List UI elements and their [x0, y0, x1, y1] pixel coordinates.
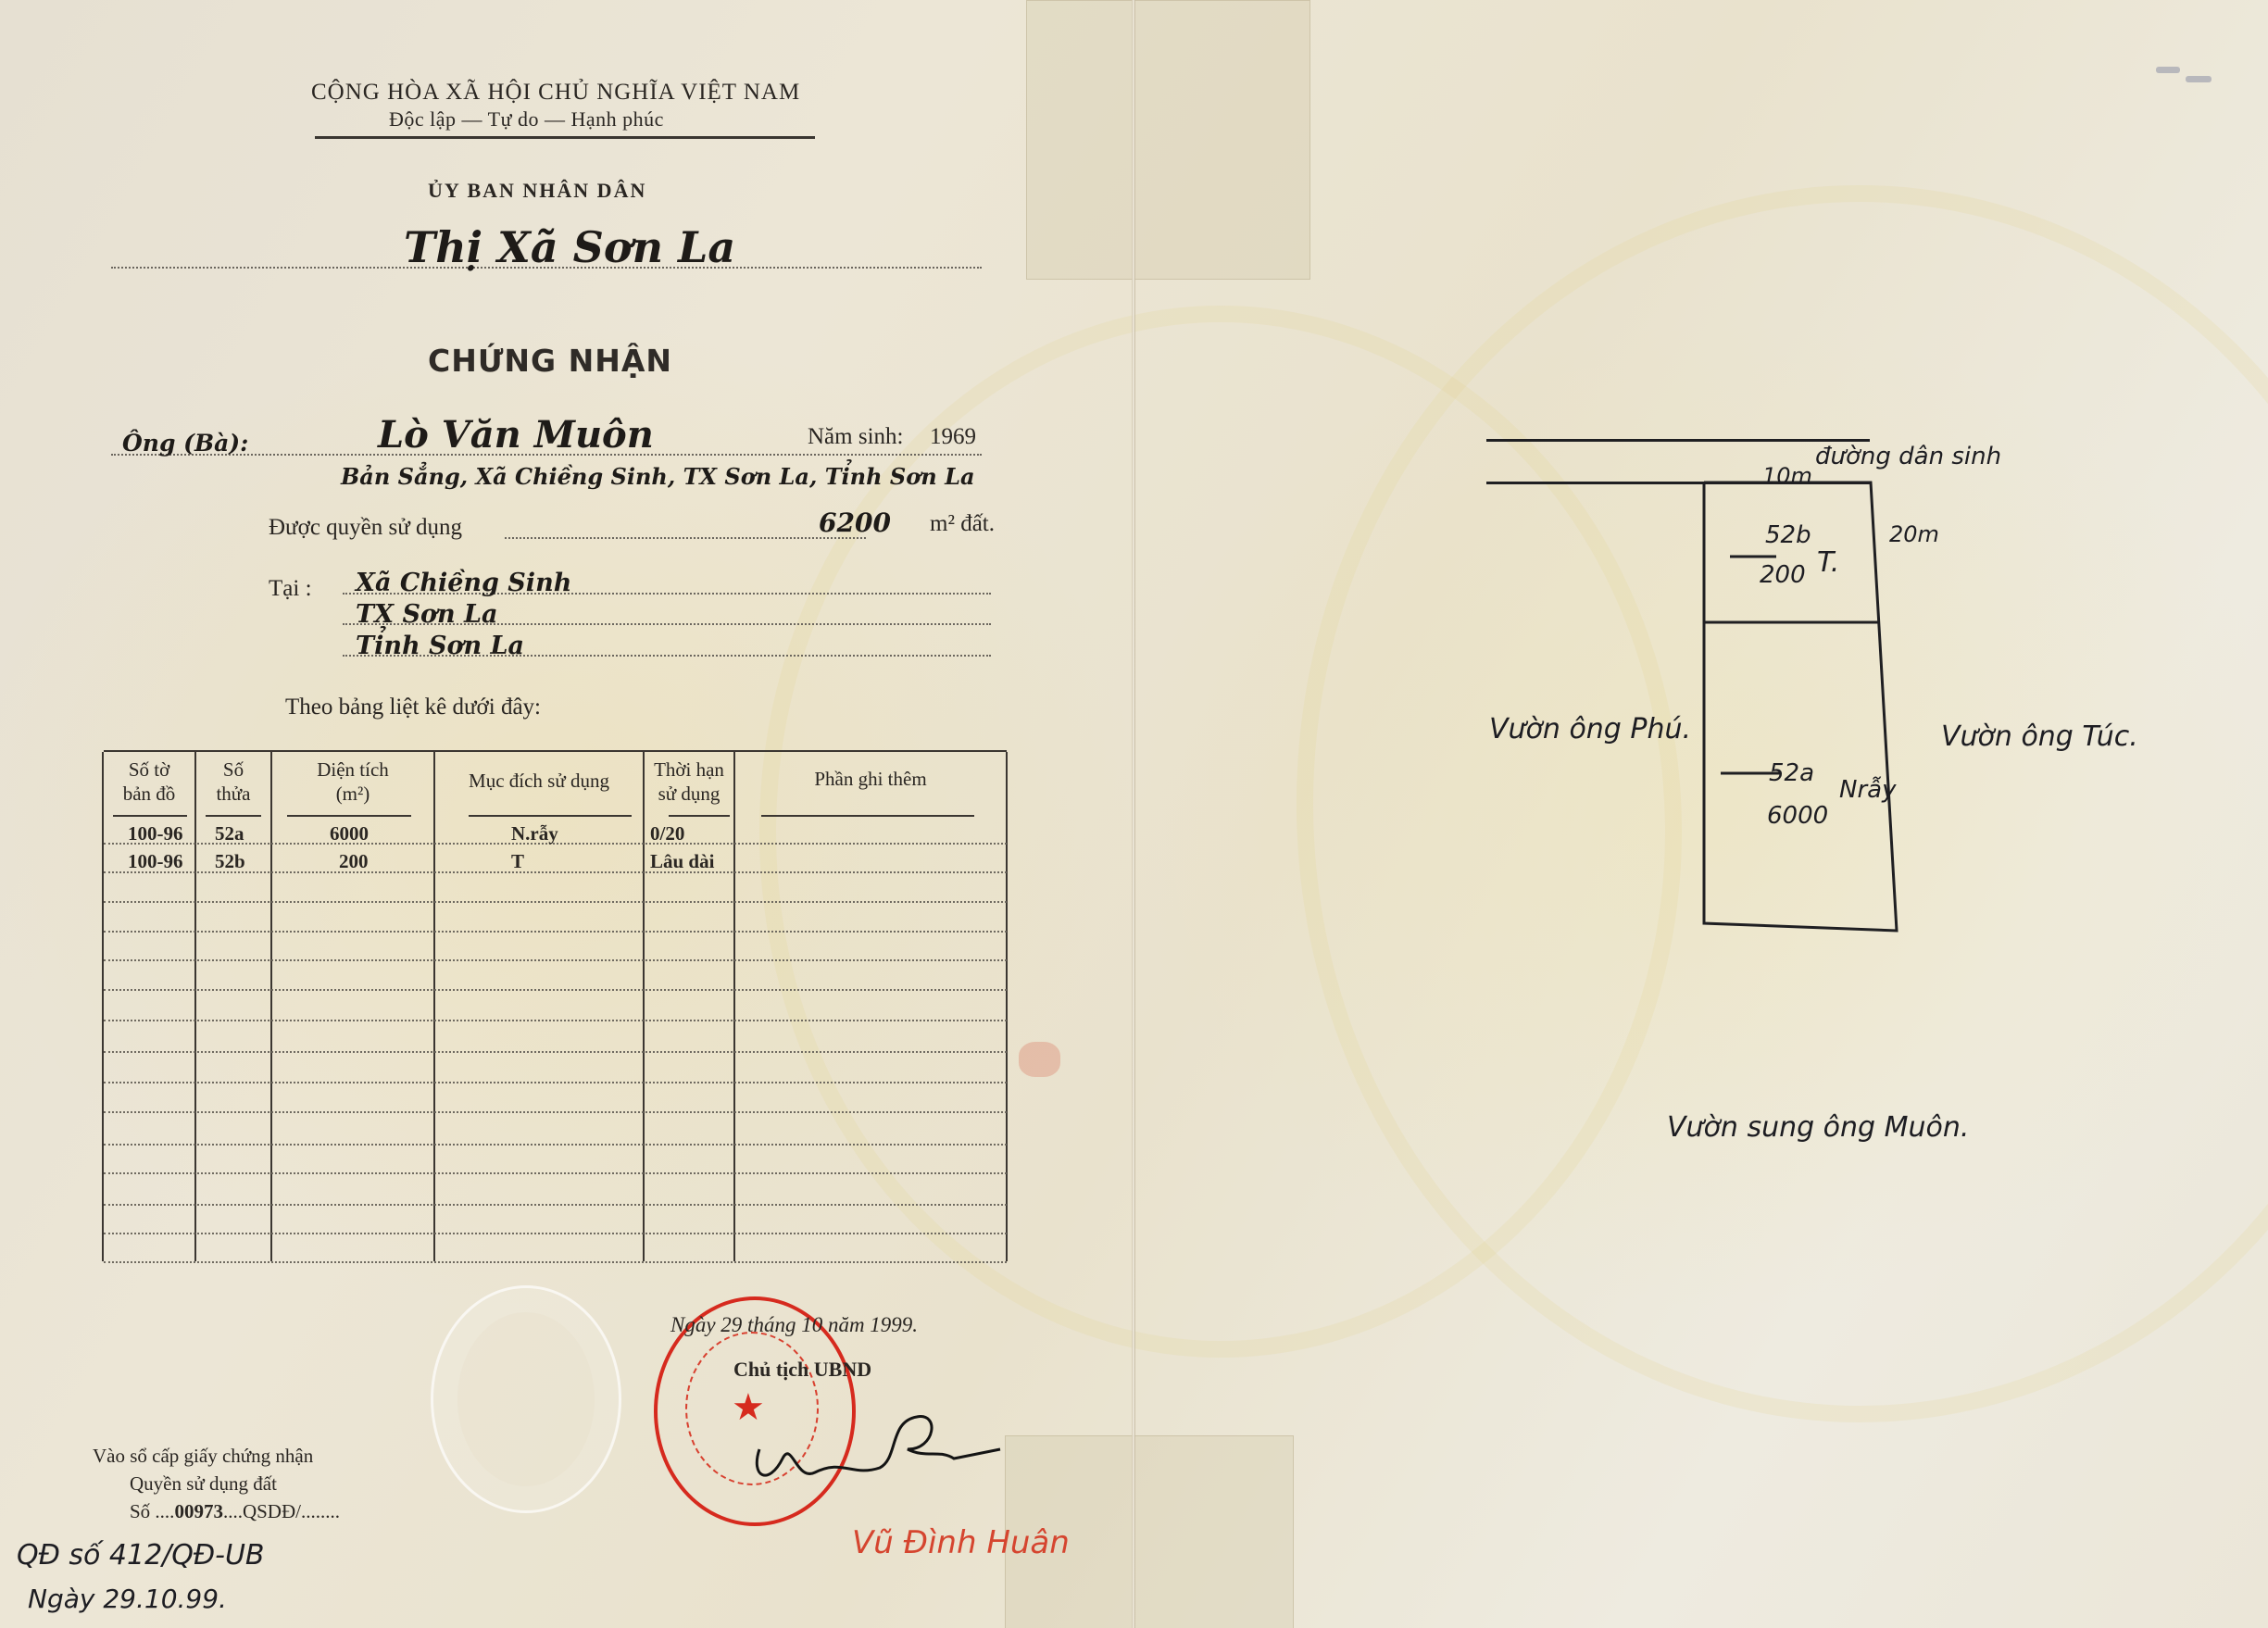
table-column-divider	[433, 752, 435, 1261]
table-column-divider	[733, 752, 735, 1261]
header-line: Số tờ	[104, 758, 194, 782]
signer-name: Vũ Đình Huân	[852, 1524, 1070, 1561]
table-row-line	[104, 1202, 1007, 1206]
registry-line-1: Vào sổ cấp giấy chứng nhận	[93, 1445, 313, 1468]
table-row-line	[104, 987, 1007, 991]
registry-number-suffix: ....QSDĐ/........	[223, 1500, 340, 1522]
table-column-divider	[194, 752, 196, 1261]
owner-label: Ông (Bà):	[122, 430, 248, 457]
owner-name: Lò Văn Muôn	[378, 413, 654, 457]
cell-parcel: 52b	[215, 850, 245, 873]
table-border	[1006, 752, 1008, 1261]
road-label: đường dân sinh	[1815, 443, 2001, 470]
road-width-label: 10m	[1762, 463, 1812, 489]
tape-top	[1026, 0, 1310, 280]
table-row-line	[104, 899, 1007, 903]
west-neighbor: Vườn ông Phú.	[1489, 713, 1691, 745]
registry-number-prefix: Số ....	[130, 1500, 174, 1522]
registry-line-2: Quyền sử dụng đất	[130, 1472, 277, 1496]
header-underline	[761, 815, 974, 817]
registry-number: 00973	[174, 1500, 223, 1522]
header-line: Số	[196, 758, 270, 782]
birth-year: 1969	[930, 424, 976, 450]
header-line: Thời hạn	[645, 758, 733, 782]
column-header-notes: Phần ghi thêm	[735, 767, 1006, 791]
south-neighbor: Vườn sung ông Muôn.	[1667, 1111, 1969, 1144]
cell-area: 6000	[330, 822, 369, 845]
national-motto: Độc lập — Tự do — Hạnh phúc	[389, 107, 664, 131]
table-row-line	[104, 1259, 1007, 1263]
cell-area: 200	[339, 850, 369, 873]
cell-parcel: 52a	[215, 822, 244, 845]
header-divider	[315, 136, 815, 139]
table-intro: Theo bảng liệt kê dưới đây:	[285, 695, 541, 720]
header-line: Phần ghi thêm	[735, 767, 1006, 791]
location-province: Tỉnh Sơn La	[356, 632, 524, 660]
header-underline	[287, 815, 411, 817]
red-smudge	[1019, 1042, 1060, 1077]
area-dotted-line	[505, 537, 866, 539]
staple-icon	[2186, 76, 2212, 82]
right-of-use-label: Được quyền sử dụng	[269, 515, 462, 541]
header-line: sử dụng	[645, 782, 733, 806]
handwritten-date: Ngày 29.10.99.	[28, 1584, 227, 1614]
road-edge-top	[1486, 439, 1870, 442]
table-row-line	[104, 1049, 1007, 1053]
header-line: Diện tích	[272, 758, 433, 782]
location-town: TX Sơn La	[356, 600, 497, 629]
location-commune: Xã Chiềng Sinh	[356, 569, 571, 597]
cell-map-sheet: 100-96	[128, 822, 183, 845]
registry-number-line: Số ....00973....QSDĐ/........	[130, 1500, 340, 1523]
table-row-line	[104, 1109, 1007, 1113]
table-row-line	[104, 958, 1007, 961]
table-column-divider	[643, 752, 645, 1261]
cell-term: 0/20	[650, 822, 684, 845]
parcel-table: Số tờ bản đồ Số thửa Diện tích (m²) Mục …	[104, 750, 1007, 1261]
cell-purpose: N.rẫy	[511, 822, 558, 845]
column-header-map-sheet: Số tờ bản đồ	[104, 758, 194, 806]
signer-role: Chủ tịch UBND	[733, 1358, 871, 1382]
table-border	[102, 752, 104, 1261]
header-underline	[113, 815, 187, 817]
document-title: CHỨNG NHẬN	[428, 343, 672, 379]
location-label: Tại :	[269, 576, 312, 602]
header-underline	[469, 815, 632, 817]
header-line: thửa	[196, 782, 270, 806]
staple-icon	[2156, 67, 2180, 73]
table-column-divider	[270, 752, 272, 1261]
header-line: bản đồ	[104, 782, 194, 806]
east-neighbor: Vườn ông Túc.	[1941, 720, 2138, 753]
parcel-a-use: Nrẫy	[1839, 776, 1896, 804]
header-line: Mục đích sử dụng	[435, 769, 643, 793]
cell-term: Lâu dài	[650, 850, 714, 873]
certificate-paper: CỘNG HÒA XÃ HỘI CHỦ NGHĨA VIỆT NAM Độc l…	[0, 0, 2268, 1628]
parcel-b-area: 200	[1760, 561, 1806, 589]
country-heading: CỘNG HÒA XÃ HỘI CHỦ NGHĨA VIỆT NAM	[311, 80, 800, 106]
signature-icon	[741, 1394, 1019, 1505]
total-area: 6200	[819, 507, 891, 538]
column-header-purpose: Mục đích sử dụng	[435, 769, 643, 793]
parcel-a-number: 52a	[1769, 759, 1814, 787]
column-header-area: Diện tích (m²)	[272, 758, 433, 806]
header-underline	[206, 815, 261, 817]
issuer-label: ỦY BAN NHÂN DÂN	[428, 179, 646, 203]
handwritten-decision: QĐ số 412/QĐ-UB	[17, 1539, 265, 1572]
column-header-parcel: Số thửa	[196, 758, 270, 806]
header-underline	[669, 815, 730, 817]
table-row-line	[104, 1080, 1007, 1083]
table-row-line	[104, 1018, 1007, 1021]
birth-year-label: Năm sinh:	[808, 424, 903, 450]
cell-purpose: T	[511, 850, 524, 873]
side-length-label: 20m	[1889, 521, 1939, 547]
issue-date: Ngày 29 tháng 10 năm 1999.	[670, 1313, 918, 1337]
parcel-b-number: 52b	[1765, 521, 1811, 549]
table-row-line	[104, 1231, 1007, 1234]
table-row-line	[104, 1171, 1007, 1174]
cell-map-sheet: 100-96	[128, 850, 183, 873]
column-header-term: Thời hạn sử dụng	[645, 758, 733, 806]
issuer-name: Thị Xã Sơn La	[404, 222, 735, 272]
parcel-b-use: T.	[1817, 546, 1839, 579]
header-line: (m²)	[272, 782, 433, 806]
table-row-line	[104, 929, 1007, 933]
parcel-a-area: 6000	[1767, 802, 1828, 830]
area-unit: m² đất.	[930, 511, 995, 537]
table-row-line	[104, 1142, 1007, 1146]
embossed-seal	[431, 1285, 621, 1513]
owner-address: Bản Sẳng, Xã Chiềng Sinh, TX Sơn La, Tỉn…	[341, 463, 975, 490]
center-fold	[1132, 0, 1135, 1628]
